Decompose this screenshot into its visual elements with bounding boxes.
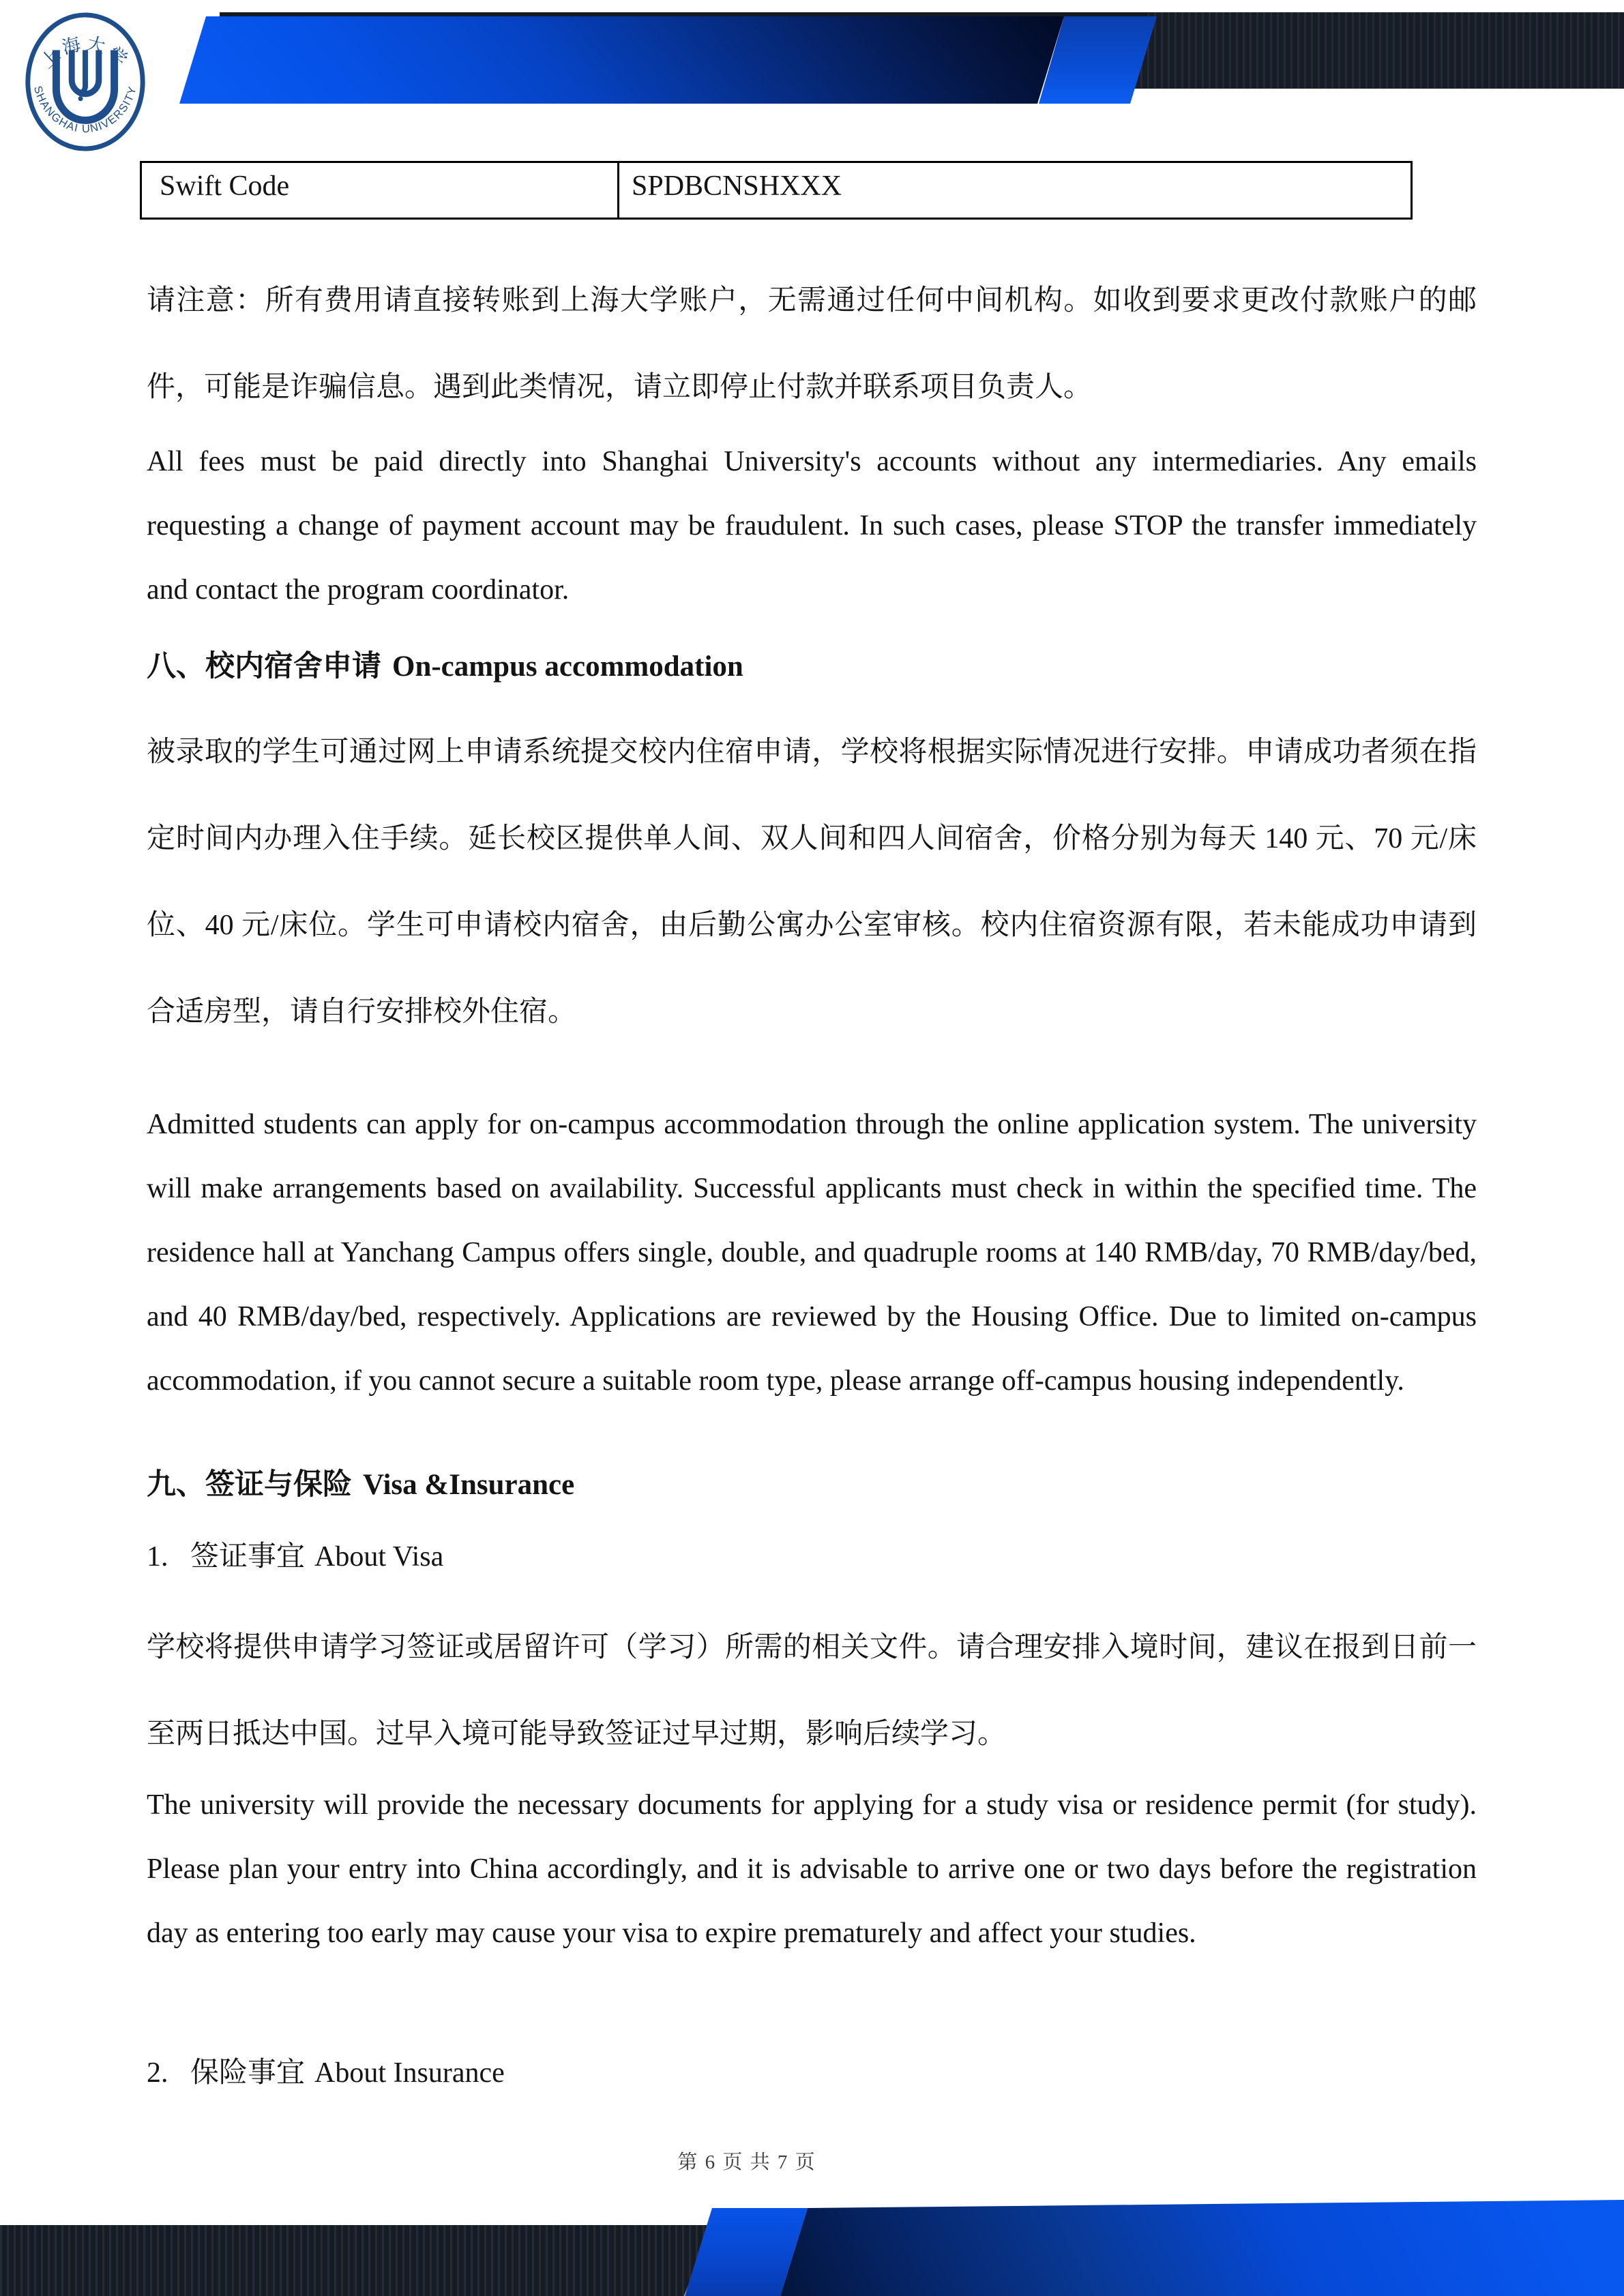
visa-paragraph-en: The university will provide the necessar… <box>147 1773 1477 1965</box>
header-dark-panel <box>1127 12 1624 89</box>
footer-blue-banner <box>780 2200 1624 2296</box>
list-item-visa-en: About Visa <box>314 1541 443 1572</box>
payment-notice-en: All fees must be paid directly into Shan… <box>147 430 1477 622</box>
header-blue-banner <box>179 16 1064 104</box>
payment-notice-zh: 请注意：所有费用请直接转账到上海大学账户，无需通过任何中间机构。如收到要求更改付… <box>147 258 1477 431</box>
section-9-heading-zh: 九、签证与保险 <box>147 1469 352 1501</box>
accommodation-paragraph-zh: 被录取的学生可通过网上申请系统提交校内住宿申请，学校将根据实际情况进行安排。申请… <box>147 709 1477 1056</box>
section-8-heading-en: On-campus accommodation <box>392 651 743 683</box>
list-item-insurance-en: About Insurance <box>314 2057 505 2089</box>
swift-code-table: Swift Code SPDBCNSHXXX <box>140 161 1413 220</box>
visa-paragraph-zh: 学校将提供申请学习签证或居留许可（学习）所需的相关文件。请合理安排入境时间，建议… <box>147 1605 1477 1778</box>
footer-dark-panel <box>0 2225 711 2296</box>
section-8-heading-zh: 八、校内宿舍申请 <box>147 651 381 683</box>
section-8-heading: 八、校内宿舍申请On-campus accommodation <box>147 646 1477 687</box>
list-item-visa: 1.签证事宜About Visa <box>147 1538 1477 1576</box>
page-number: 第 6 页 共 7 页 <box>0 2147 1494 2175</box>
shanghai-university-seal-icon: 上海大学 SHANGHAI UNIVERSITY <box>20 11 150 153</box>
list-item-insurance: 2.保险事宜About Insurance <box>147 2054 1477 2092</box>
swift-code-value-cell: SPDBCNSHXXX <box>619 163 1411 218</box>
document-page: 上海大学 SHANGHAI UNIVERSITY Swift Code SPDB… <box>0 0 1624 2296</box>
section-9-heading: 九、签证与保险Visa &Insurance <box>147 1465 1477 1506</box>
section-9-heading-en: Visa &Insurance <box>363 1469 574 1501</box>
seal-svg: 上海大学 SHANGHAI UNIVERSITY <box>20 11 150 153</box>
list-item-insurance-number: 2. <box>147 2054 190 2092</box>
accommodation-paragraph-en: Admitted students can apply for on-campu… <box>147 1092 1477 1413</box>
swift-code-label-cell: Swift Code <box>142 163 619 218</box>
list-item-visa-zh: 签证事宜 <box>190 1541 305 1572</box>
list-item-insurance-zh: 保险事宜 <box>190 2057 305 2089</box>
list-item-visa-number: 1. <box>147 1538 190 1576</box>
